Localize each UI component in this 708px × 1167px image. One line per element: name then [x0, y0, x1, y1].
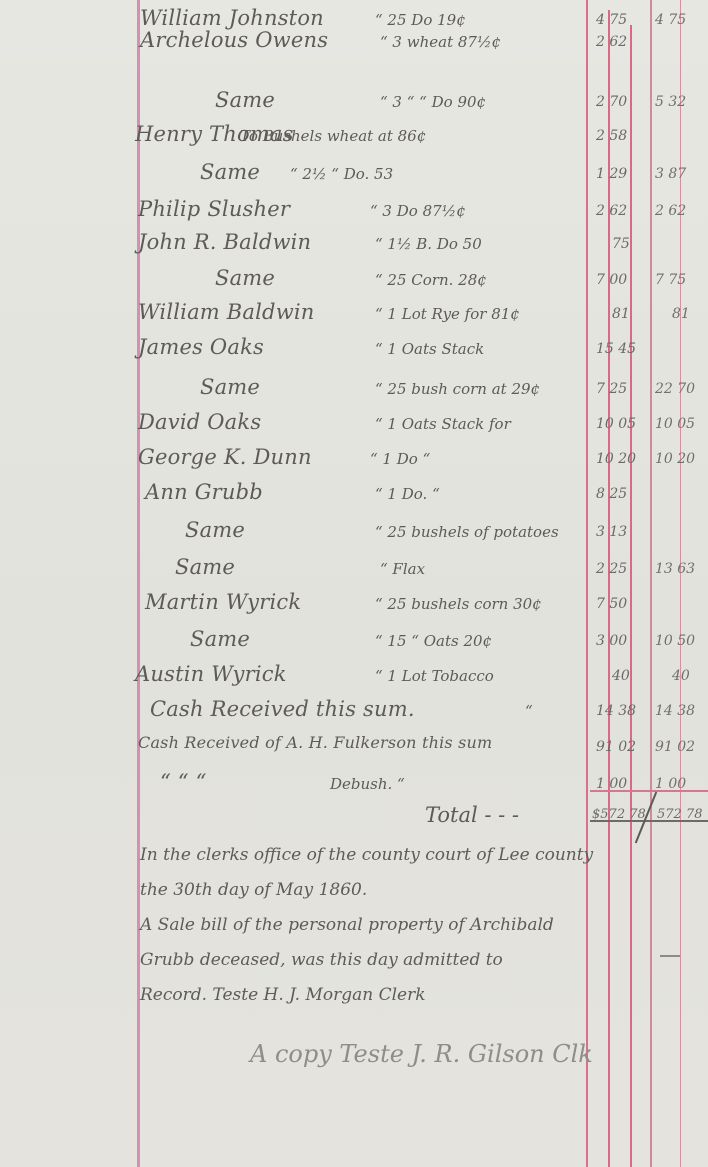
item-description: “ 25 bushels of potatoes: [375, 523, 559, 541]
item-description: “ 25 bush corn at 29¢: [375, 380, 540, 398]
total-underline: [590, 820, 708, 822]
item-description: “: [525, 702, 533, 720]
item-description: “ 3 wheat 87½¢: [380, 33, 501, 51]
buyer-name: Same: [175, 555, 235, 579]
total-label: Total - - -: [425, 803, 519, 827]
copy-attestation-signature: A copy Teste J. R. Gilson Clk: [250, 1040, 593, 1068]
ledger-row: “ “ “Debush. “1 001 00: [0, 770, 708, 800]
ledger-row: David Oaks“ 1 Oats Stack for10 0510 05: [0, 410, 708, 440]
subtotal-amount: 4 75: [655, 12, 686, 28]
subtotal-amount: 13 63: [655, 561, 695, 577]
ledger-row: Same“ Flax2 2513 63: [0, 555, 708, 585]
ledger-page: William Johnston“ 25 Do 19¢4 754 75Arche…: [0, 0, 708, 1167]
buyer-name: George K. Dunn: [138, 445, 312, 469]
item-description: “ 25 Corn. 28¢: [375, 271, 487, 289]
item-amount: 2 25: [596, 561, 627, 577]
item-amount: 91 02: [596, 739, 636, 755]
ledger-row: James Oaks“ 1 Oats Stack15 45: [0, 335, 708, 365]
buyer-name: Same: [185, 518, 245, 542]
subtotal-amount: 22 70: [655, 381, 695, 397]
buyer-name: Same: [200, 375, 260, 399]
ledger-row: William Baldwin“ 1 Lot Rye for 81¢8181: [0, 300, 708, 330]
buyer-name: Same: [215, 266, 275, 290]
item-amount: 10 05: [596, 416, 636, 432]
total-row: Total - - - $572 78 572 78: [0, 803, 708, 833]
ledger-row: Same“ 15 “ Oats 20¢3 0010 50: [0, 627, 708, 657]
tick-mark: [660, 955, 680, 957]
item-amount: 2 58: [596, 128, 627, 144]
ledger-row: Cash Received of A. H. Fulkerson this su…: [0, 733, 708, 763]
item-description: “ 1 Do “: [370, 450, 430, 468]
item-amount: 10 20: [596, 451, 636, 467]
item-amount: 7 00: [596, 272, 627, 288]
item-amount: 7 50: [596, 596, 627, 612]
item-description: “ 1 Do. “: [375, 485, 440, 503]
ledger-row: Same“ 3 “ “ Do 90¢2 705 32: [0, 88, 708, 118]
certification-line-3: A Sale bill of the personal property of …: [140, 915, 554, 935]
ledger-row: Same“ 25 bush corn at 29¢7 2522 70: [0, 375, 708, 405]
buyer-name: “ “ “: [160, 770, 207, 794]
item-description: “ 25 bushels corn 30¢: [375, 595, 542, 613]
subtotal-amount: 14 38: [655, 703, 695, 719]
ledger-row: Martin Wyrick“ 25 bushels corn 30¢7 50: [0, 590, 708, 620]
buyer-name: Same: [190, 627, 250, 651]
ledger-row: Same“ 25 bushels of potatoes3 13: [0, 518, 708, 548]
item-amount: 3 00: [596, 633, 627, 649]
subtotal-amount: 2 62: [655, 203, 686, 219]
certification-line-1: In the clerks office of the county court…: [140, 845, 593, 865]
item-description: “ 1 Oats Stack for: [375, 415, 511, 433]
item-amount: 40: [612, 668, 630, 684]
item-amount: 1 29: [596, 166, 627, 182]
item-description: “ 15 “ Oats 20¢: [375, 632, 492, 650]
item-amount: 4 75: [596, 12, 627, 28]
item-description: “ 2½ “ Do. 53: [290, 165, 393, 183]
item-description: “ 25 Do 19¢: [375, 11, 466, 29]
certification-line-4: Grubb deceased, was this day admitted to: [140, 950, 503, 970]
ledger-row: Cash Received this sum.“14 3814 38: [0, 697, 708, 727]
item-amount: 8 25: [596, 486, 627, 502]
buyer-name: Ann Grubb: [145, 480, 263, 504]
subtotal-amount: 1 00: [655, 776, 686, 792]
item-description: “ 1 Lot Tobacco: [375, 667, 494, 685]
buyer-name: Same: [200, 160, 260, 184]
ledger-row: George K. Dunn“ 1 Do “10 2010 20: [0, 445, 708, 475]
buyer-name: David Oaks: [138, 410, 261, 434]
buyer-name: Cash Received this sum.: [150, 697, 415, 721]
buyer-name: James Oaks: [138, 335, 264, 359]
item-amount: 2 62: [596, 203, 627, 219]
subtotal-amount: 10 20: [655, 451, 695, 467]
subtotal-amount: 10 05: [655, 416, 695, 432]
ledger-row: John R. Baldwin“ 1½ B. Do 5075: [0, 230, 708, 260]
ledger-row: Archelous Owens“ 3 wheat 87½¢2 62: [0, 28, 708, 58]
item-amount: 3 13: [596, 524, 627, 540]
subtotal-amount: 7 75: [655, 272, 686, 288]
ledger-row: Same“ 25 Corn. 28¢7 007 75: [0, 266, 708, 296]
item-description: To Bushels wheat at 86¢: [240, 127, 426, 145]
item-amount: 75: [612, 236, 630, 252]
buyer-name: William Baldwin: [138, 300, 315, 324]
buyer-name: William Johnston: [140, 6, 324, 30]
item-amount: 14 38: [596, 703, 636, 719]
item-amount: 15 45: [596, 341, 636, 357]
item-description: “ 3 “ “ Do 90¢: [380, 93, 486, 111]
buyer-name: John R. Baldwin: [138, 230, 311, 254]
item-description: “ 3 Do 87½¢: [370, 202, 466, 220]
buyer-name: Cash Received of A. H. Fulkerson this su…: [138, 733, 492, 752]
buyer-name: Archelous Owens: [140, 28, 328, 52]
certification-line-5: Record. Teste H. J. Morgan Clerk: [140, 985, 426, 1005]
item-amount: 81: [612, 306, 630, 322]
subtotal-amount: 91 02: [655, 739, 695, 755]
subtotal-amount: 3 87: [655, 166, 686, 182]
item-description: Debush. “: [330, 775, 405, 793]
item-description: “ 1 Lot Rye for 81¢: [375, 305, 520, 323]
item-amount: 7 25: [596, 381, 627, 397]
item-amount: 2 62: [596, 34, 627, 50]
subtotal-amount: 40: [672, 668, 690, 684]
subtotal-amount: 81: [672, 306, 690, 322]
buyer-name: Same: [215, 88, 275, 112]
ledger-row: Henry ThomasTo Bushels wheat at 86¢2 58: [0, 122, 708, 152]
item-amount: 2 70: [596, 94, 627, 110]
ledger-row: Austin Wyrick“ 1 Lot Tobacco4040: [0, 662, 708, 692]
ledger-row: Same“ 2½ “ Do. 531 293 87: [0, 160, 708, 190]
item-amount: 1 00: [596, 776, 627, 792]
buyer-name: Austin Wyrick: [135, 662, 287, 686]
certification-line-2: the 30th day of May 1860.: [140, 880, 367, 900]
item-description: “ Flax: [380, 560, 425, 578]
ledger-row: Ann Grubb“ 1 Do. “8 25: [0, 480, 708, 510]
buyer-name: Martin Wyrick: [145, 590, 301, 614]
subtotal-amount: 5 32: [655, 94, 686, 110]
item-description: “ 1 Oats Stack: [375, 340, 484, 358]
ledger-row: Philip Slusher“ 3 Do 87½¢2 622 62: [0, 197, 708, 227]
buyer-name: Philip Slusher: [138, 197, 290, 221]
item-description: “ 1½ B. Do 50: [375, 235, 482, 253]
subtotal-amount: 10 50: [655, 633, 695, 649]
